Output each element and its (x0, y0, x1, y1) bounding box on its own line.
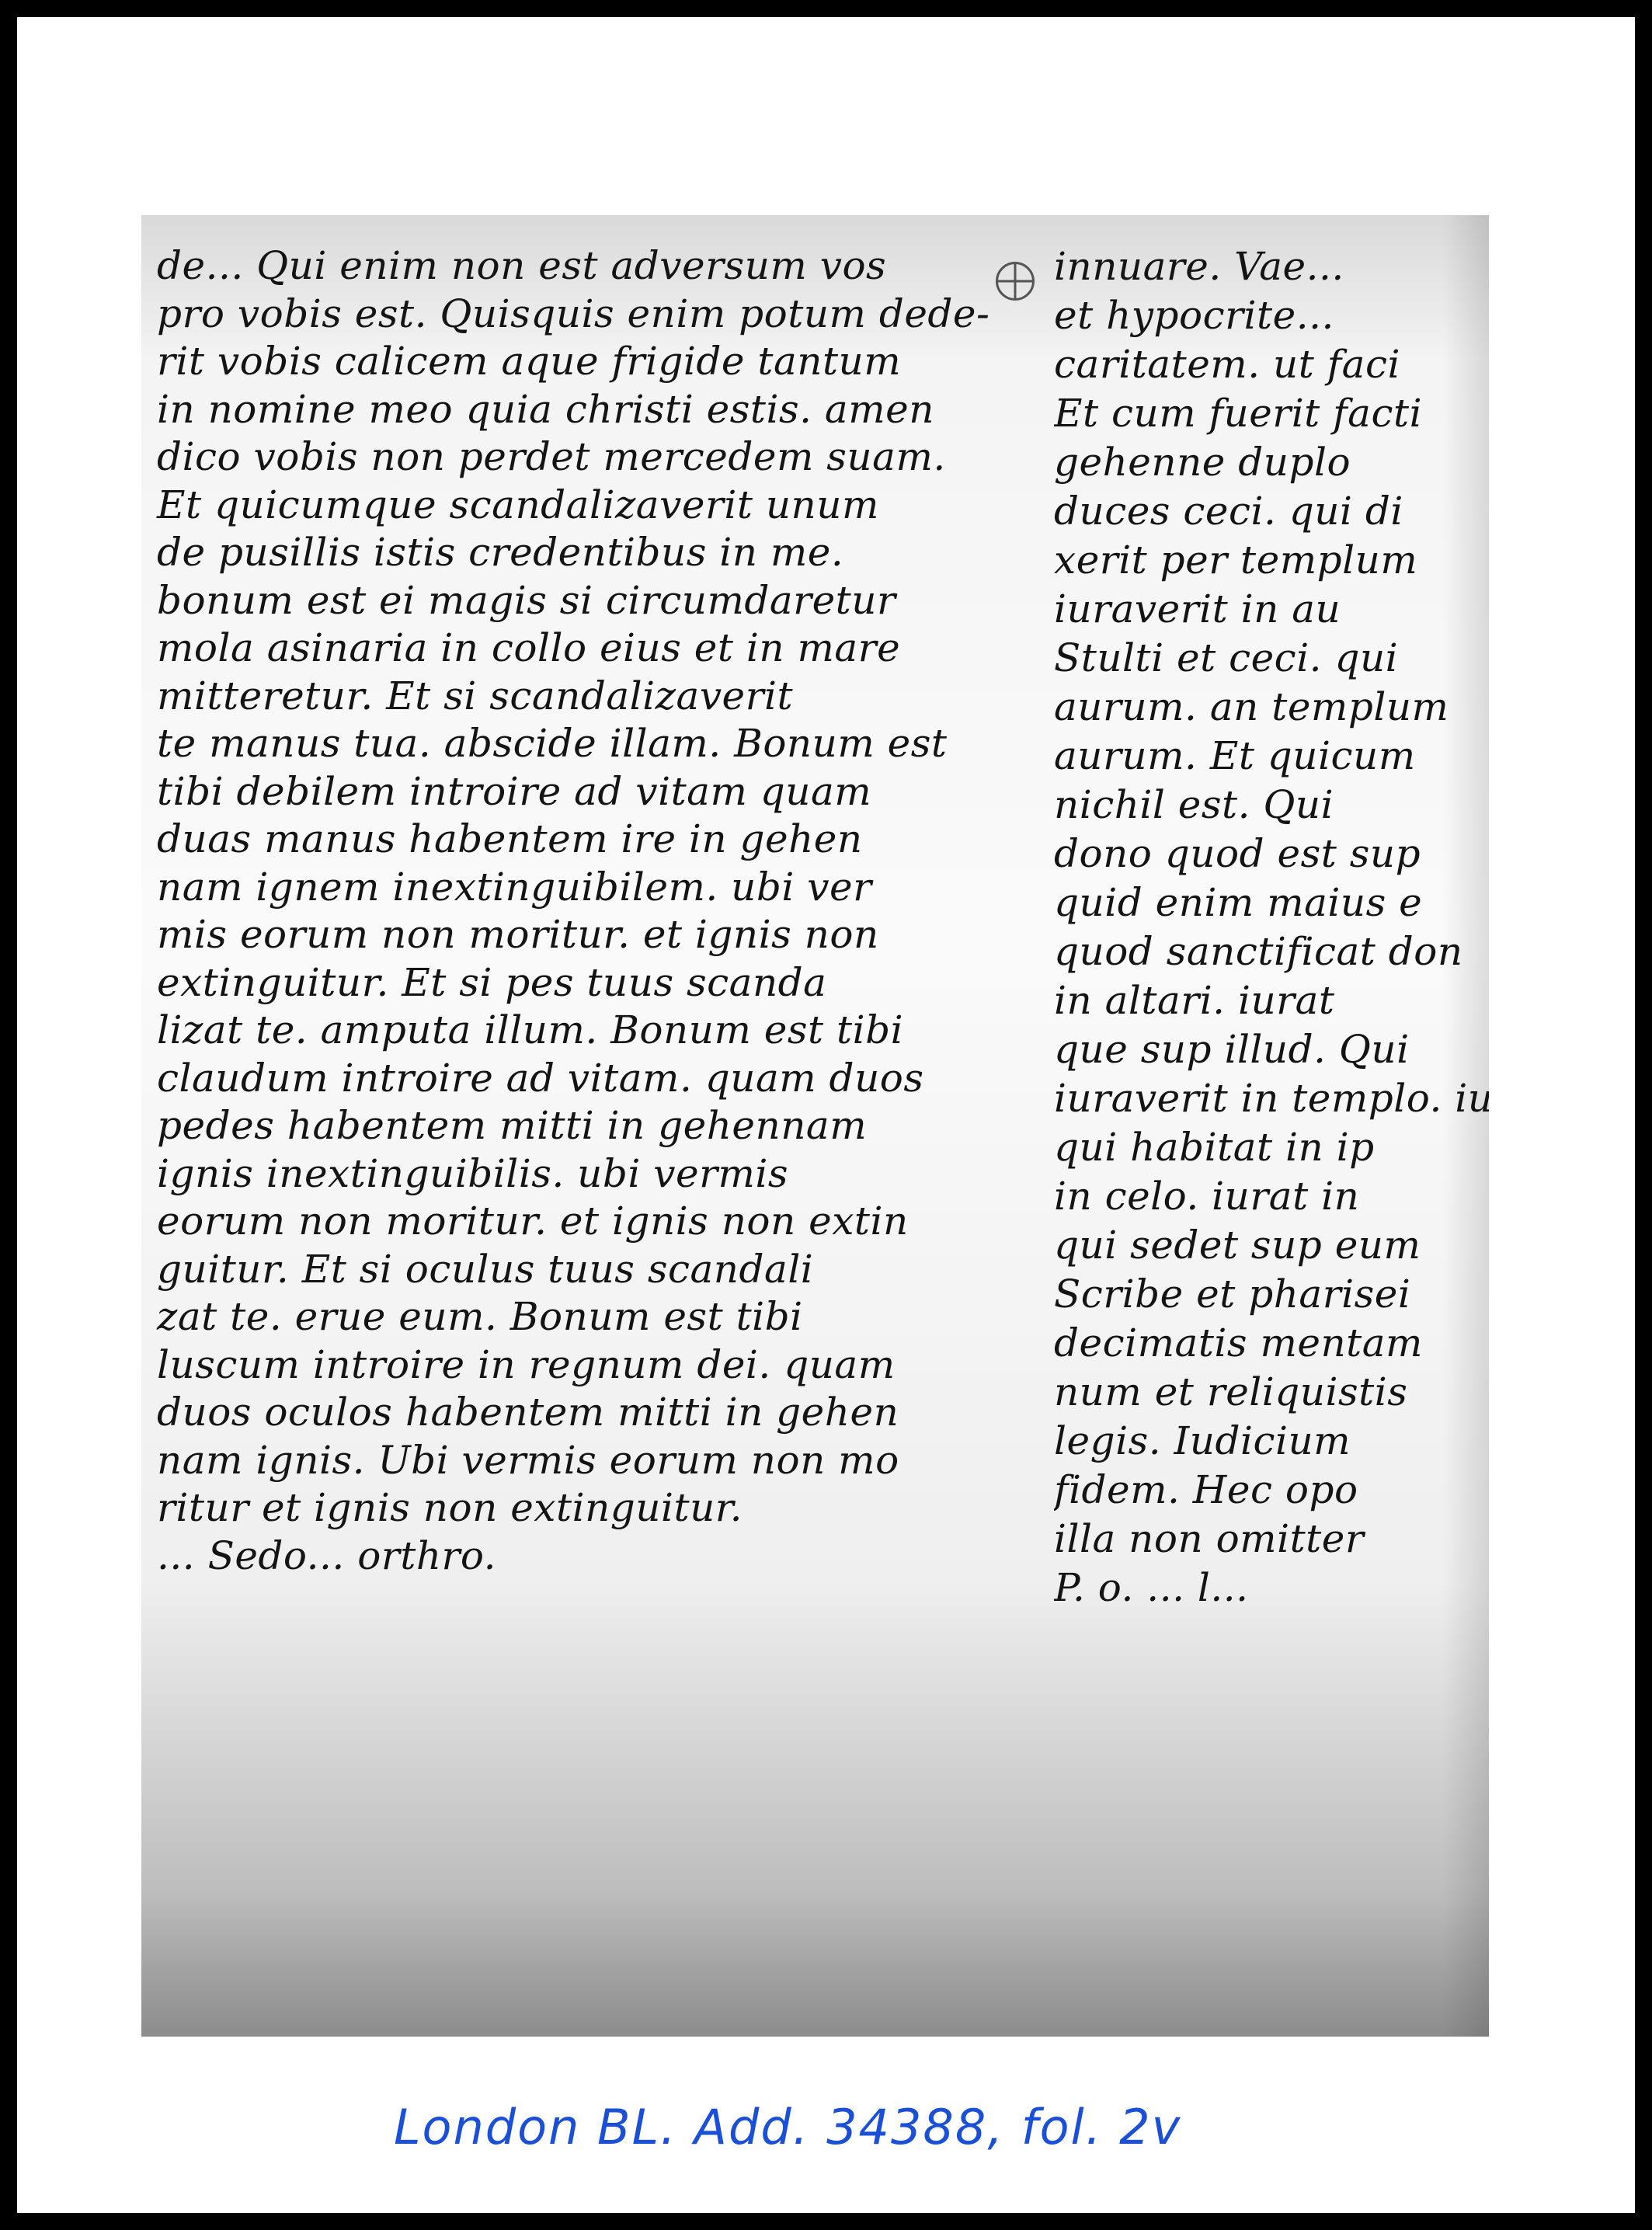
manuscript-line: in celo. iurat in (1054, 1172, 1489, 1221)
manuscript-line: lizat te. amputa illum. Bonum est tibi (157, 1007, 1003, 1055)
manuscript-line: nam ignis. Ubi vermis eorum non mo (157, 1437, 1003, 1485)
right-text-column: innuare. Vae...et hypocrite...caritatem.… (1054, 242, 1489, 1612)
manuscript-line: nam ignem inextinguibilem. ubi ver (157, 864, 1003, 912)
manuscript-line: iuraverit in templo. iu (1054, 1074, 1489, 1123)
manuscript-line: dico vobis non perdet mercedem suam. (157, 433, 1003, 482)
manuscript-line: legis. Iudicium (1054, 1417, 1489, 1466)
manuscript-line: Scribe et pharisei (1054, 1270, 1489, 1319)
shelfmark-caption: London BL. Add. 34388, fol. 2v (394, 2099, 1181, 2155)
manuscript-line: pro vobis est. Quisquis enim potum dede- (157, 290, 1003, 339)
photo-frame: de... Qui enim non est adversum vospro v… (17, 17, 1635, 2213)
manuscript-line: in nomine meo quia christi estis. amen (157, 386, 1003, 434)
manuscript-line: luscum introire in regnum dei. quam (157, 1341, 1003, 1390)
manuscript-line: dono quod est sup (1054, 830, 1489, 878)
manuscript-line: quid enim maius e (1054, 878, 1489, 927)
manuscript-line: rit vobis calicem aque frigide tantum (157, 338, 1003, 386)
manuscript-line: num et reliquistis (1054, 1368, 1489, 1417)
manuscript-line: Et quicumque scandalizaverit unum (157, 482, 1003, 530)
manuscript-line: decimatis mentam (1054, 1319, 1489, 1368)
manuscript-line: guitur. Et si oculus tuus scandali (157, 1246, 1003, 1294)
manuscript-line: quod sanctificat don (1054, 927, 1489, 976)
manuscript-line: nichil est. Qui (1054, 781, 1489, 830)
circled-cross-icon (996, 262, 1035, 301)
manuscript-line: Stulti et ceci. qui (1054, 634, 1489, 683)
manuscript-line: claudum introire ad vitam. quam duos (157, 1055, 1003, 1103)
manuscript-line: ... Sedo... orthro. (157, 1532, 1003, 1581)
manuscript-line: de pusillis istis credentibus in me. (157, 529, 1003, 577)
manuscript-line: qui habitat in ip (1054, 1123, 1489, 1172)
manuscript-line: illa non omitter (1054, 1515, 1489, 1564)
manuscript-line: mitteretur. Et si scandalizaverit (157, 673, 1003, 721)
manuscript-line: iuraverit in au (1054, 585, 1489, 634)
manuscript-line: duces ceci. qui di (1054, 487, 1489, 536)
manuscript-line: extinguitur. Et si pes tuus scanda (157, 959, 1003, 1007)
manuscript-line: ignis inextinguibilis. ubi vermis (157, 1150, 1003, 1198)
manuscript-line: aurum. Et quicum (1054, 732, 1489, 781)
manuscript-line: Et cum fuerit facti (1054, 389, 1489, 438)
manuscript-line: tibi debilem introire ad vitam quam (157, 768, 1003, 816)
manuscript-line: fidem. Hec opo (1054, 1466, 1489, 1515)
manuscript-line: bonum est ei magis si circumdaretur (157, 577, 1003, 625)
manuscript-line: duas manus habentem ire in gehen (157, 816, 1003, 864)
manuscript-line: gehenne duplo (1054, 438, 1489, 487)
manuscript-leaf: de... Qui enim non est adversum vospro v… (141, 215, 1489, 2037)
manuscript-line: aurum. an templum (1054, 683, 1489, 732)
manuscript-line: xerit per templum (1054, 536, 1489, 585)
manuscript-line: te manus tua. abscide illam. Bonum est (157, 720, 1003, 768)
manuscript-line: que sup illud. Qui (1054, 1025, 1489, 1074)
manuscript-line: mis eorum non moritur. et ignis non (157, 911, 1003, 959)
manuscript-line: eorum non moritur. et ignis non extin (157, 1198, 1003, 1246)
manuscript-line: de... Qui enim non est adversum vos (157, 242, 1003, 290)
manuscript-line: P. o. ... l... (1054, 1564, 1489, 1612)
left-text-column: de... Qui enim non est adversum vospro v… (157, 242, 1003, 1580)
manuscript-line: caritatem. ut faci (1054, 340, 1489, 389)
manuscript-line: pedes habentem mitti in gehennam (157, 1102, 1003, 1150)
manuscript-line: innuare. Vae... (1054, 242, 1489, 291)
manuscript-line: et hypocrite... (1054, 291, 1489, 340)
manuscript-line: duos oculos habentem mitti in gehen (157, 1389, 1003, 1437)
manuscript-line: mola asinaria in collo eius et in mare (157, 624, 1003, 673)
manuscript-line: zat te. erue eum. Bonum est tibi (157, 1293, 1003, 1341)
manuscript-line: in altari. iurat (1054, 976, 1489, 1025)
manuscript-line: ritur et ignis non extinguitur. (157, 1484, 1003, 1532)
manuscript-line: qui sedet sup eum (1054, 1221, 1489, 1270)
